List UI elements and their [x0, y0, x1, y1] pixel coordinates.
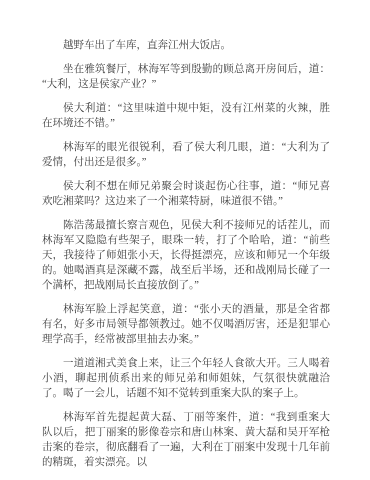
- reader-page: 越野车出了车库，直奔江州大饭店。 坐在雅筑餐厅，林海军等到殷勤的顾总离开房间后，…: [0, 0, 370, 480]
- paragraph: 林海军脸上浮起笑意，道：“张小天的酒量，那是全省都有名，好多市局领导都领教过。她…: [42, 302, 330, 347]
- paragraph: 林海军首先提起黄大磊、丁丽等案件，道：“我到重案大队以后，把丁丽案的影像卷宗和唐…: [42, 410, 330, 470]
- paragraph: 林海军的眼光很锐利，看了侯大利几眼，道：“大利为了爱情，付出还是很多。”: [42, 140, 330, 170]
- paragraph: 坐在雅筑餐厅，林海军等到殷勤的顾总离开房间后，道：“大利，这是侯家产业？”: [42, 62, 330, 92]
- paragraph: 侯大利不想在师兄弟聚会时谈起伤心往事，道：“师兄喜欢吃湘菜吗？这边来了一个湘菜特…: [42, 179, 330, 209]
- paragraph: 侯大利道：“这里味道中规中矩，没有江州菜的火辣，胜在环境还不错。”: [42, 101, 330, 131]
- paragraph: 越野车出了车库，直奔江州大饭店。: [42, 38, 330, 53]
- paragraph: 陈浩荡最擅长察言观色，见侯大利不接师兄的话茬儿，而林海军又隐隐有些架子，眼珠一转…: [42, 218, 330, 293]
- paragraph: 一道道湘式美食上来，让三个年轻人食欲大开。三人喝着小酒，聊起刑侦系出来的师兄弟和…: [42, 356, 330, 401]
